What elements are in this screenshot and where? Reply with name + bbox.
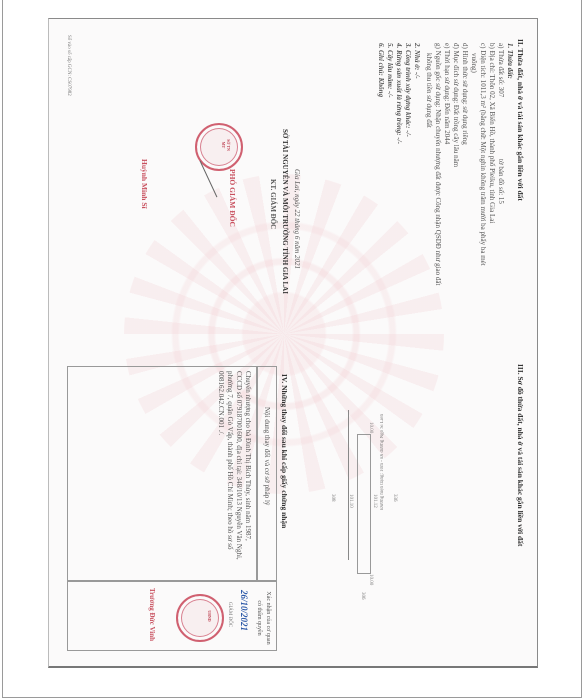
signing-role: PHÓ GIÁM ĐỐC [228, 169, 237, 227]
road-label: Đường hiện trạng: 10m - Đi đường Ngô Sĩ … [378, 414, 387, 510]
change-line-3: phường 7, quận Gò Vấp, thành phố Hồ Chí … [225, 371, 234, 549]
section-ii-panel: II. Thửa đất, nhà ở và tài sản khác gắn … [49, 19, 538, 344]
confirm-role: GIÁM ĐỐC [225, 602, 234, 627]
role-small: KT. GIÁM ĐỐC [268, 179, 277, 229]
issuing-authority: SỞ TÀI NGUYÊN VÀ MÔI TRƯỜNG TỈNH GIA LAI [280, 129, 289, 294]
place-date: Gia Lai, ngày 22 tháng 6 năm 2021 [292, 169, 301, 269]
dim-side-3: 101.10 [346, 494, 355, 508]
other-construction: 3. Công trình xây dựng khác: -/- [403, 43, 412, 137]
register-number: Số vào sổ cấp GCN: CS07982 [64, 35, 73, 96]
iv-col2-header: Xác nhận của cơ quan có thẩm quyền [254, 588, 272, 648]
address: b) Địa chỉ: Thôn 02, Xã Biển Hồ, thành p… [487, 43, 496, 223]
section-iv-title: IV. Những thay đổi sau khi cấp giấy chứn… [280, 374, 289, 528]
land-heading: 1. Thửa đất: [505, 43, 514, 79]
neighbor-3: 306 [358, 592, 367, 600]
notes: 6. Ghi chú: Không [376, 43, 385, 97]
neighbor-1: 336 [390, 494, 399, 502]
iv-col1-header: Nội dung thay đổi và cơ sở pháp lý [262, 407, 271, 505]
signer-name: Huỳnh Minh Sĩ [140, 159, 149, 209]
iv-change-cell: Chuyển nhượng cho bà Đinh Thị Bích Thủy,… [67, 366, 257, 581]
dim-side-2: 101.12 [370, 494, 379, 508]
usage-origin: g) Nguồn gốc sử dụng: Nhận chuyển nhượng… [433, 43, 442, 285]
usage-term: e) Thời hạn sử dụng: Đến năm 2044 [442, 43, 451, 144]
usage-origin-cont: không thu tiền sử dụng đất [424, 53, 433, 128]
usage-form: d) Hình thức sử dụng: sử dụng riêng [460, 43, 469, 145]
parcel-outline [357, 434, 371, 574]
production-forest: 4. Rừng sản xuất là rừng trồng: -/- [394, 43, 403, 144]
perennial-trees: 5. Cây lâu năm: -/- [385, 43, 394, 98]
usage-purpose: đ) Mục đích sử dụng: Đất trồng cây lâu n… [451, 43, 460, 167]
road-line [348, 410, 349, 560]
iv-col1-header-cell: Nội dung thay đổi và cơ sở pháp lý [257, 366, 277, 581]
map-sheet-number: tờ bản đồ số: 15 [496, 159, 505, 204]
rotated-content: II. Thửa đất, nhà ở và tài sản khác gắn … [49, 19, 538, 668]
confirm-date: 26/10/2021 [239, 590, 248, 631]
iv-confirm-cell: Xác nhận của cơ quan có thẩm quyền 26/10… [67, 581, 277, 651]
confirm-signer: Trương Đức Vinh [147, 588, 156, 641]
parcel-diagram: Đường hiện trạng: 10m - Đi đường Ngô Sĩ … [349, 374, 499, 634]
confirm-stamp: UBND [176, 594, 224, 642]
section-iii-title: III. Sơ đồ thửa đất, nhà ở và tài sản kh… [516, 364, 525, 546]
neighbor-2: 308 [328, 494, 337, 502]
scanned-certificate-page: II. Thửa đất, nhà ở và tài sản khác gắn … [48, 18, 538, 668]
dim-side-1: 10.00 [366, 422, 375, 433]
dim-side-4: 10.00 [366, 574, 375, 585]
change-line-2: CCCD số 079187001600, địa chỉ tại: 348/1… [234, 371, 243, 560]
house: 2. Nhà ở: -/- [412, 43, 421, 79]
section-iii-iv-panel: III. Sơ đồ thửa đất, nhà ở và tài sản kh… [49, 344, 538, 668]
parcel-number: a) Thửa đất số: 307 [496, 43, 505, 97]
area: c) Diện tích: 1011,3 m² (bằng chữ: Một n… [478, 43, 487, 266]
change-line-4: 008162.042.CN.001 ./. [216, 371, 225, 435]
section-ii-title: II. Thửa đất, nhà ở và tài sản khác gắn … [516, 39, 525, 201]
area-cont: vuông) [469, 53, 478, 73]
change-line-1: Chuyển nhượng cho bà Đinh Thị Bích Thủy,… [243, 371, 252, 541]
viewer-frame: II. Thửa đất, nhà ở và tài sản khác gắn … [2, 0, 582, 698]
